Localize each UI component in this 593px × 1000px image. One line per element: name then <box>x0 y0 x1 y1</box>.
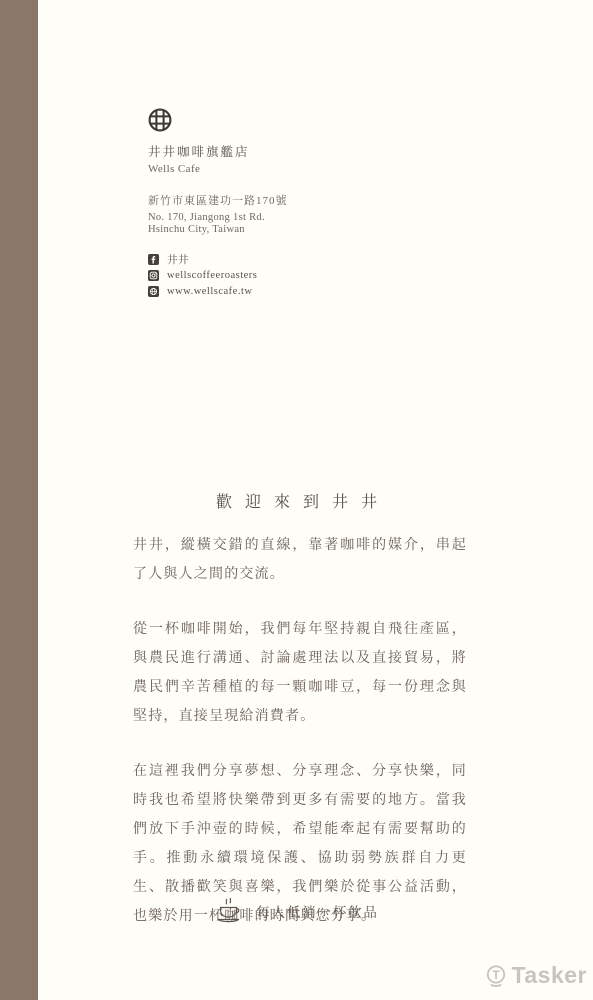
social-row-instagram: wellscoffeeroasters <box>148 268 448 283</box>
brand-name-en: Wells Cafe <box>148 162 448 176</box>
instagram-handle: wellscoffeeroasters <box>167 270 257 281</box>
social-links: 井井 wellscoffeeroasters www.wells <box>148 252 448 299</box>
coffee-cup-icon <box>214 897 246 925</box>
minimum-charge-row: 每人低消一杯飲品 <box>0 897 593 925</box>
svg-text:T: T <box>492 968 500 982</box>
intro-paragraph-1: 井井，縱橫交錯的直線，靠著咖啡的媒介，串起了人與人之間的交流。 <box>133 531 467 589</box>
well-grid-logo-icon <box>148 108 172 132</box>
instagram-icon <box>148 270 159 281</box>
minimum-charge-note: 每人低消一杯飲品 <box>256 901 378 921</box>
address-en-line1: No. 170, Jiangong 1st Rd. <box>148 212 448 224</box>
intro-paragraphs: 井井，縱橫交錯的直線，靠著咖啡的媒介，串起了人與人之間的交流。 從一杯咖啡開始，… <box>133 531 467 957</box>
tasker-label: Tasker <box>512 962 587 989</box>
globe-icon <box>148 286 159 297</box>
social-row-facebook: 井井 <box>148 252 448 267</box>
brand-name-zh: 井井咖啡旗艦店 <box>148 144 448 160</box>
address-en: No. 170, Jiangong 1st Rd. Hsinchu City, … <box>148 212 448 236</box>
header-block: 井井咖啡旗艦店 Wells Cafe 新竹市東區建功一路170號 No. 170… <box>148 108 448 300</box>
address-zh: 新竹市東區建功一路170號 <box>148 194 448 209</box>
facebook-handle: 井井 <box>167 252 189 267</box>
address-block: 新竹市東區建功一路170號 No. 170, Jiangong 1st Rd. … <box>148 194 448 236</box>
tasker-watermark: T Tasker <box>483 962 587 989</box>
website-handle: www.wellscafe.tw <box>167 286 252 297</box>
welcome-heading: 歡迎來到井井 <box>0 489 593 512</box>
address-en-line2: Hsinchu City, Taiwan <box>148 224 448 236</box>
facebook-icon <box>148 254 159 265</box>
intro-paragraph-2: 從一杯咖啡開始，我們每年堅持親自飛往產區，與農民進行溝通、討論處理法以及直接貿易… <box>133 615 467 731</box>
tasker-logo-icon: T <box>483 963 509 989</box>
social-row-website: www.wellscafe.tw <box>148 284 448 299</box>
menu-page: 井井咖啡旗艦店 Wells Cafe 新竹市東區建功一路170號 No. 170… <box>0 0 593 1000</box>
